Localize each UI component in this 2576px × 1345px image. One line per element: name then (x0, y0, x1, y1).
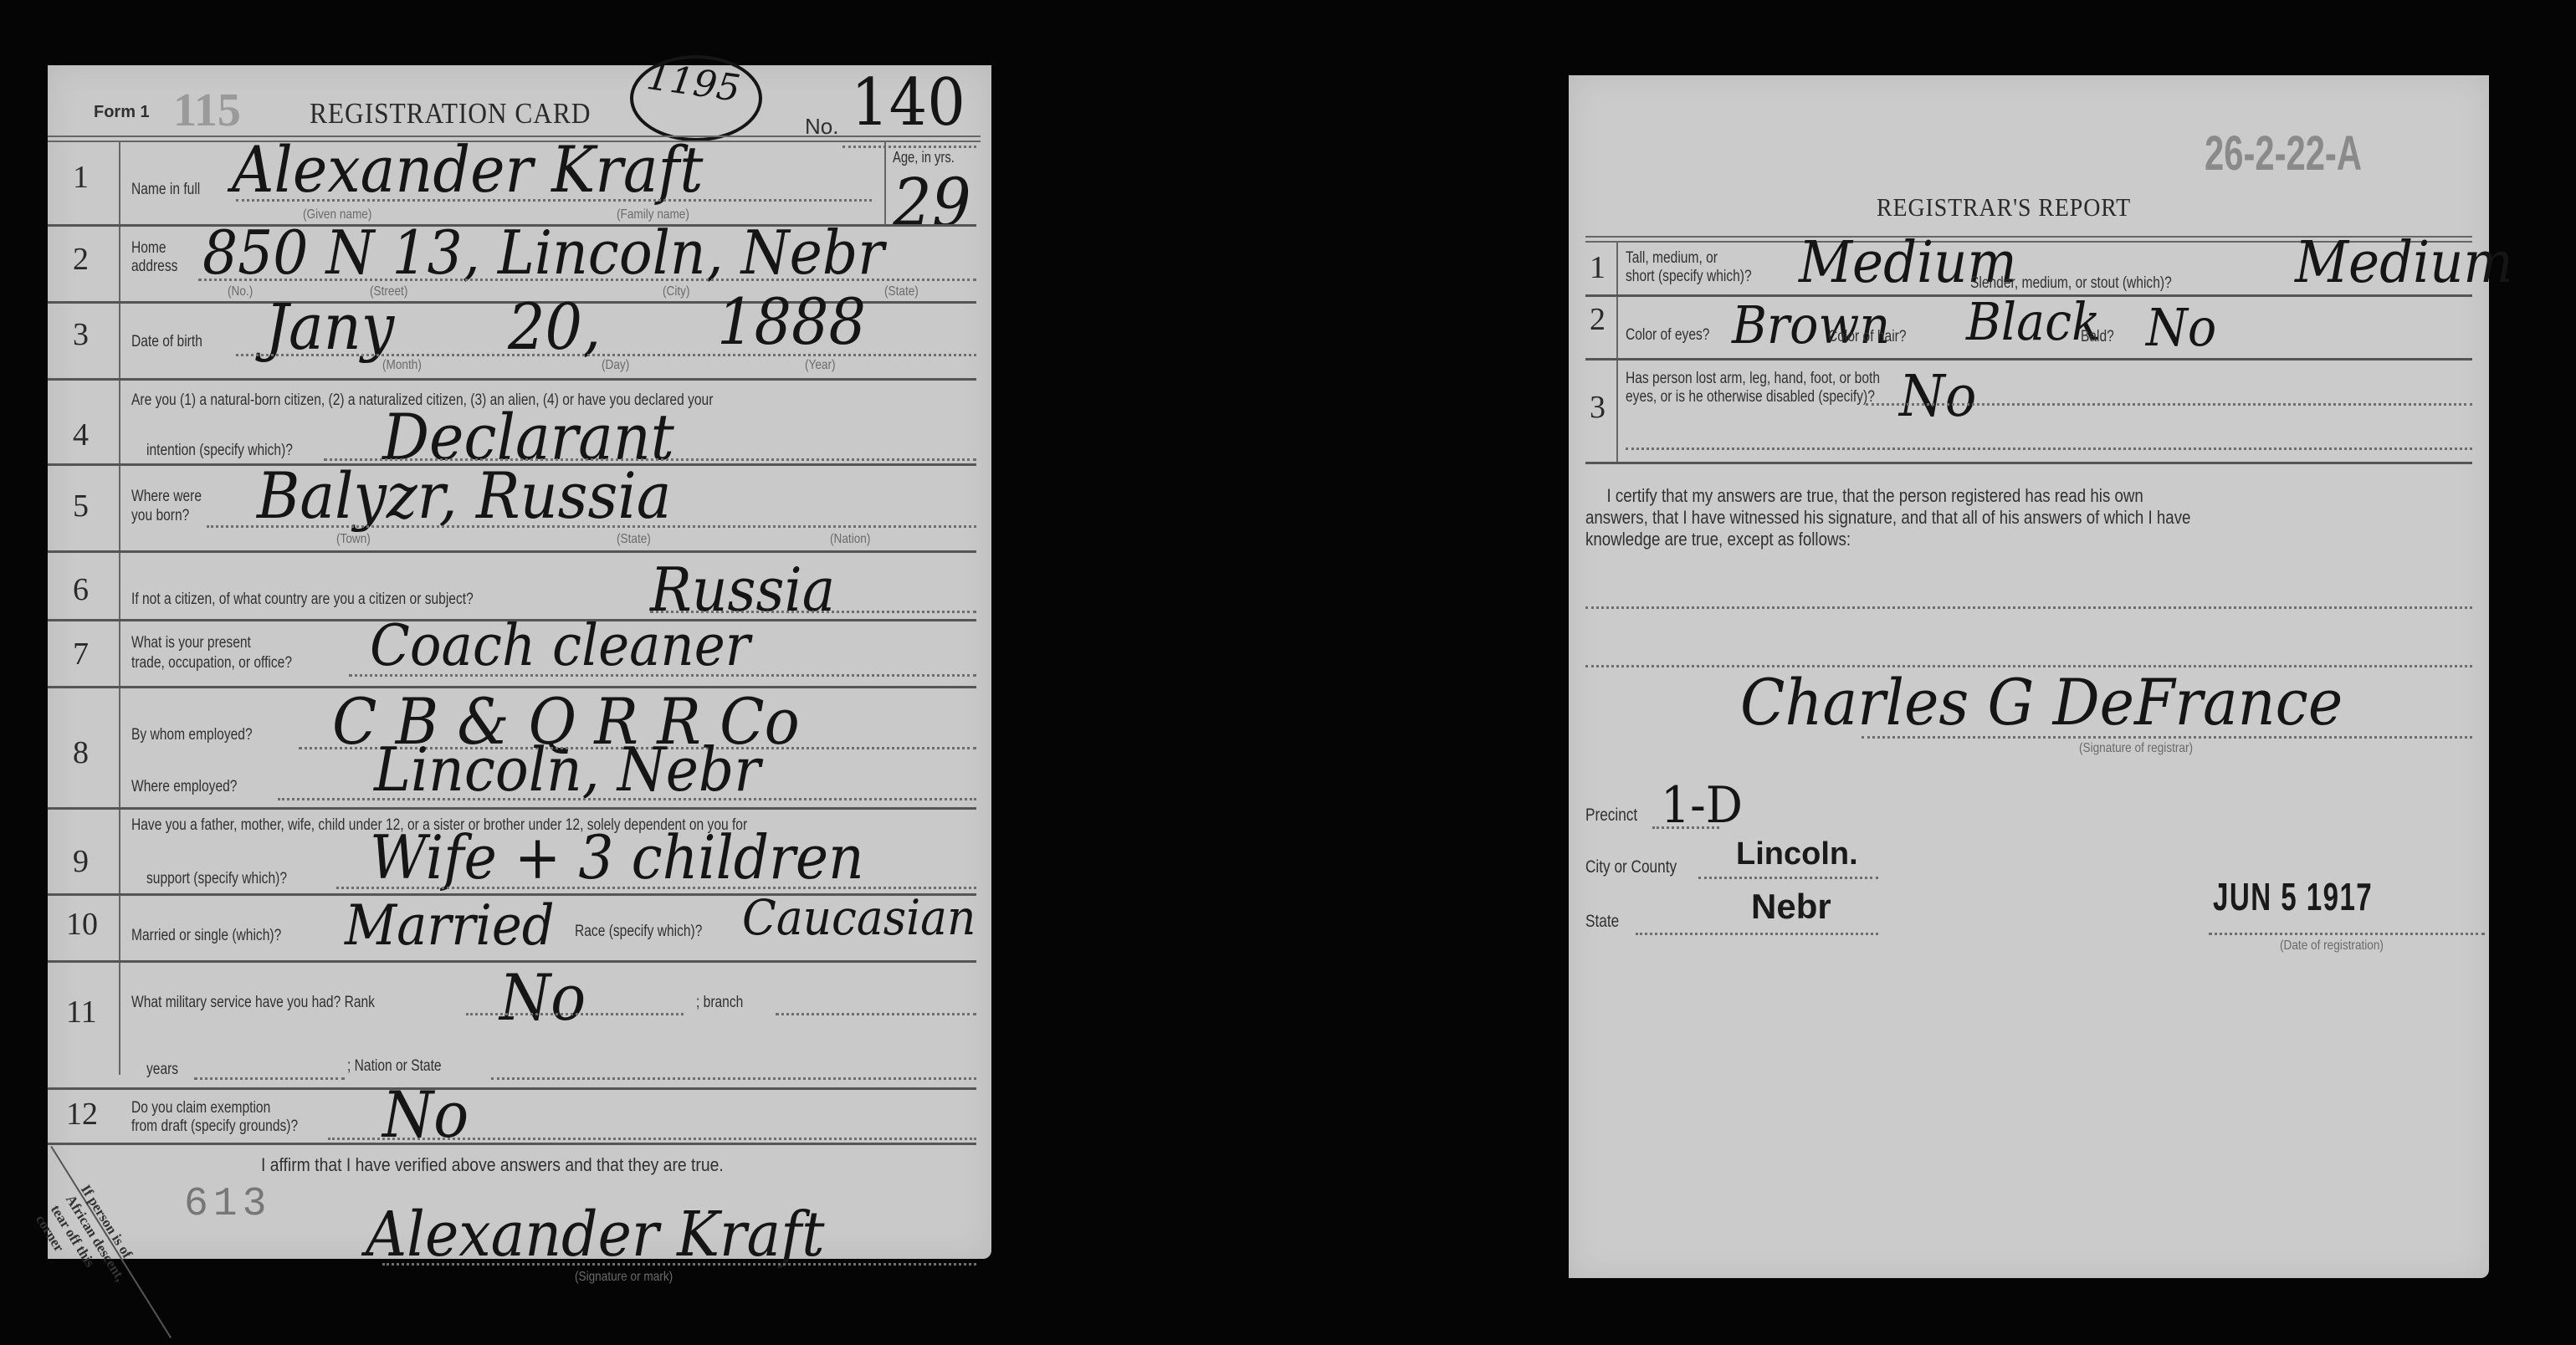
home-label-line1: Home (131, 239, 166, 258)
stamp-number: 613 (184, 1182, 271, 1227)
card-title: REGISTRATION CARD (310, 97, 591, 130)
registrar-signature-sublabel: (Signature of registrar) (2079, 741, 2193, 756)
precinct-label: Precinct (1585, 805, 1637, 826)
city-county-label: City or County (1585, 857, 1677, 877)
number-column-line (119, 142, 120, 1075)
military-label: What military service have you had? Rank (131, 994, 375, 1012)
military-rank-value: No (499, 960, 586, 1035)
affirmation-text: I affirm that I have verified above answ… (261, 1154, 724, 1176)
row-number: 2 (73, 241, 89, 278)
form-label: Form 1 (94, 103, 150, 122)
row-number: 2 (1590, 301, 1606, 338)
occupation-value: Coach cleaner (370, 613, 750, 679)
height-label-line1: Tall, medium, or (1626, 249, 1718, 268)
row-number: 4 (73, 417, 89, 453)
struck-number-stamp: 115 (173, 84, 241, 137)
marital-value: Married (345, 893, 555, 958)
bald-label: Bald? (2081, 328, 2114, 346)
years-label: years (146, 1061, 178, 1079)
row-number: 5 (73, 488, 89, 524)
where-employed-label: Where employed? (131, 778, 237, 796)
report-title: REGISTRAR'S REPORT (1877, 192, 2131, 222)
registrant-signature: Alexander Kraft (366, 1199, 825, 1271)
state-label: State (1585, 912, 1619, 932)
row-number: 1 (73, 159, 89, 196)
home-address-value: 850 N 13, Lincoln, Nebr (202, 217, 884, 288)
row-number: 8 (73, 734, 89, 771)
exemption-label-line1: Do you claim exemption (131, 1099, 270, 1117)
birthplace-label-line2: you born? (131, 507, 189, 525)
dependents-label-line2: support (specify which)? (146, 870, 287, 888)
occupation-label-line1: What is your present (131, 634, 251, 652)
employer-label: By whom employed? (131, 726, 253, 744)
city-county-value: Lincoln. (1736, 836, 1858, 872)
exemption-value: No (382, 1077, 469, 1152)
row-number: 3 (1590, 389, 1606, 426)
build-value: Medium (2295, 230, 2513, 296)
registrar-signature: Charles G DeFrance (1740, 665, 2343, 739)
citizenship-label-line2: intention (specify which)? (146, 442, 293, 460)
registrars-report-card: 26-2-22-A REGISTRAR'S REPORT 1 Tall, med… (1569, 75, 2489, 1278)
file-code-stamp: 26-2-22-A (2205, 125, 2362, 182)
state-sublabel: (State) (884, 284, 919, 299)
race-value: Caucasian (742, 889, 976, 946)
state-value: Nebr (1751, 887, 1831, 927)
race-label: Race (specify which)? (575, 923, 702, 941)
row-number: 1 (1590, 249, 1606, 286)
month-sublabel: (Month) (382, 358, 422, 373)
row-number: 6 (73, 571, 89, 608)
signature-sublabel: (Signature or mark) (575, 1270, 673, 1285)
name-label: Name in full (131, 181, 200, 199)
serial-number: 140 (851, 65, 965, 141)
number-column-line (1616, 243, 1618, 464)
build-label: Slender, medium, or stout (which)? (1970, 274, 2172, 293)
dob-day: 20, (508, 289, 601, 364)
disability-label-line1: Has person lost arm, leg, hand, foot, or… (1626, 370, 1880, 388)
dob-year: 1888 (717, 284, 866, 359)
town-sublabel: (Town) (336, 532, 371, 547)
occupation-label-line2: trade, occupation, or office? (131, 654, 292, 672)
nation-sublabel: (Nation) (830, 532, 870, 547)
no-sublabel: (No.) (228, 284, 253, 299)
eye-color-label: Color of eyes? (1626, 326, 1709, 345)
city-sublabel: (City) (663, 284, 689, 299)
dob-label: Date of birth (131, 333, 202, 351)
registration-date-stamp: JUN 5 1917 (2213, 874, 2373, 919)
dob-month: Jany (265, 289, 394, 364)
branch-label: ; branch (696, 994, 743, 1012)
where-employed-value: Lincoln, Nebr (374, 734, 761, 805)
dependents-value: Wife + 3 children (370, 822, 864, 892)
age-value: 29 (893, 164, 971, 242)
row-number: 11 (66, 994, 97, 1030)
row-number: 7 (73, 636, 89, 672)
exemption-label-line2: from draft (specify grounds)? (131, 1117, 298, 1136)
birthplace-value: Balyzr, Russia (257, 458, 671, 533)
name-value: Alexander Kraft (232, 132, 704, 207)
height-label-line2: short (specify which)? (1626, 268, 1752, 286)
day-sublabel: (Day) (602, 358, 629, 373)
state-sublabel: (State) (617, 532, 651, 547)
hair-color-label: Color of hair? (1828, 328, 1907, 346)
row-number: 12 (66, 1096, 98, 1133)
eye-color-value: Brown (1732, 294, 1890, 355)
certification-text: I certify that my answers are true, that… (1585, 485, 2190, 550)
nation-or-state-label: ; Nation or State (347, 1057, 442, 1076)
registration-card: Form 1 115 REGISTRATION CARD 1195 No. 14… (48, 65, 991, 1259)
row-number: 10 (66, 906, 98, 943)
disability-value: No (1899, 364, 1976, 430)
bald-value: No (2146, 297, 2216, 358)
row-number: 3 (73, 316, 89, 353)
year-sublabel: (Year) (805, 358, 836, 373)
registration-date-sublabel: (Date of registration) (2280, 938, 2384, 954)
citizen-of-label: If not a citizen, of what country are yo… (131, 591, 474, 609)
row-number: 9 (73, 843, 89, 880)
birthplace-label-line1: Where were (131, 488, 202, 506)
marital-label: Married or single (which)? (131, 927, 281, 945)
disability-label-line2: eyes, or is he otherwise disabled (speci… (1626, 388, 1875, 407)
home-label-line2: address (131, 258, 177, 276)
